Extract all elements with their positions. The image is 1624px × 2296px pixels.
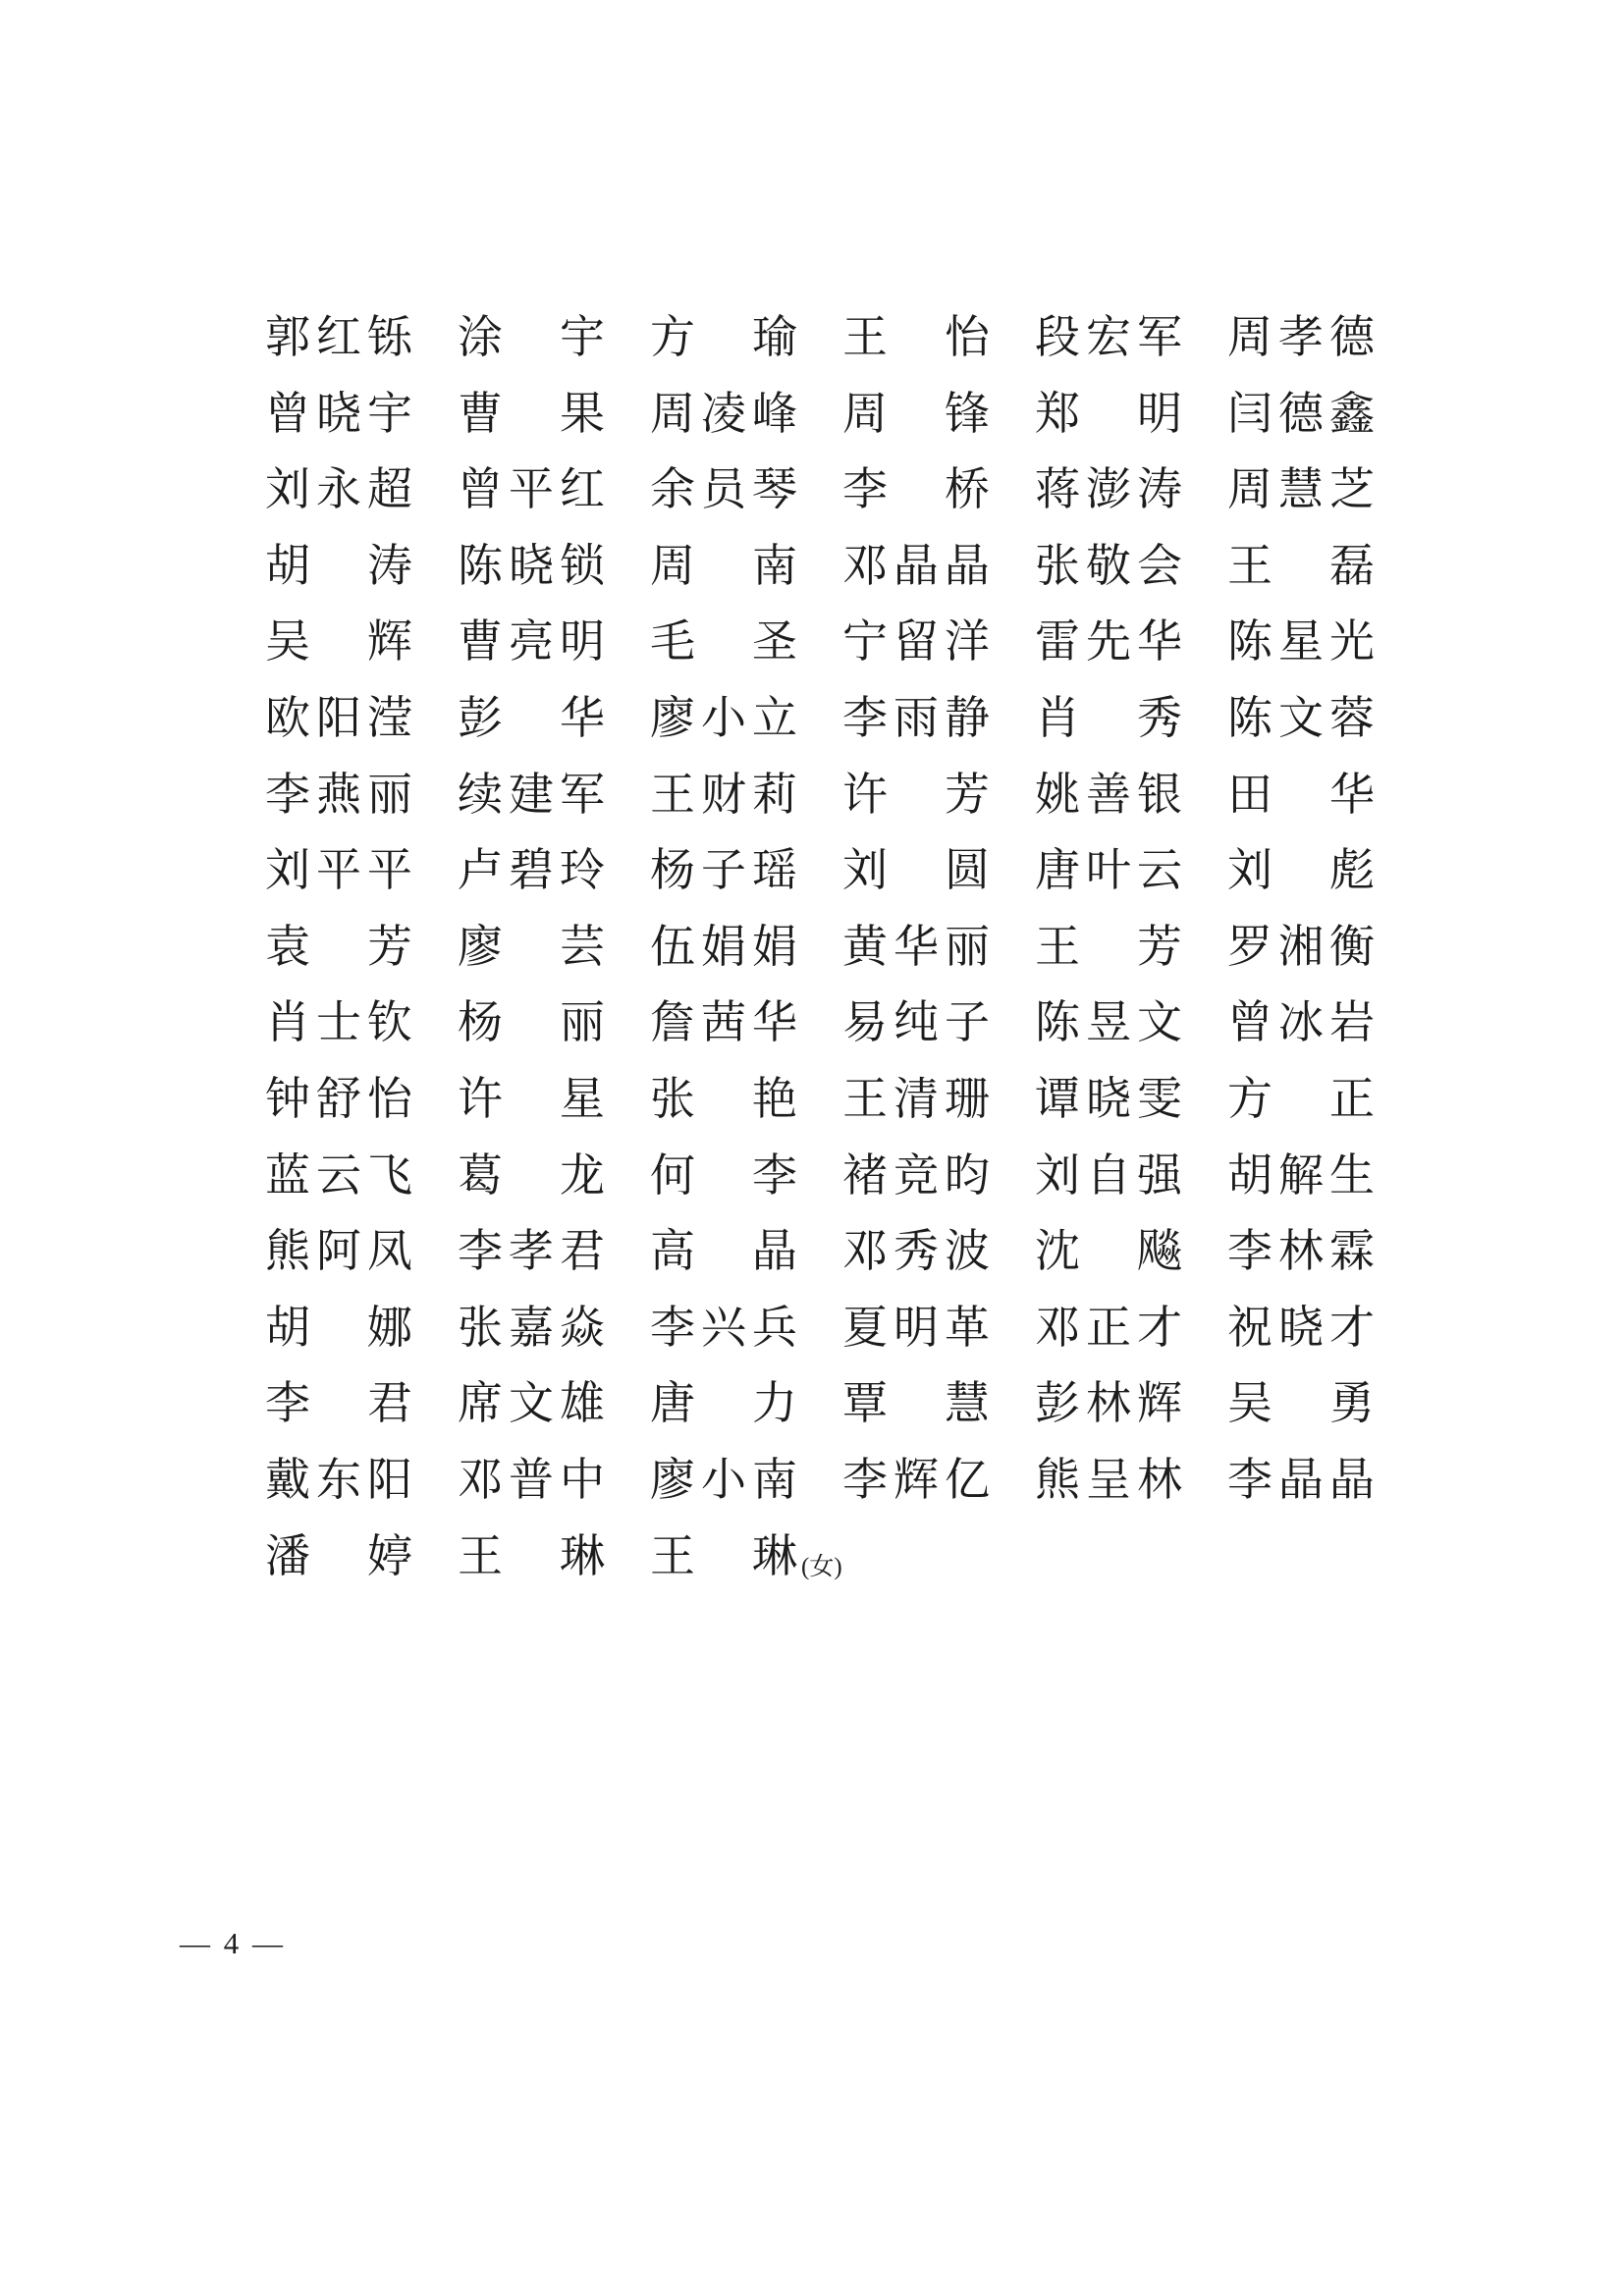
- name-cell: 李孝君: [458, 1226, 605, 1277]
- page-number-footer: — 4 —: [180, 1926, 286, 1961]
- name-row: 胡涛陈晓锁周南邓晶晶张敬会王磊: [265, 541, 1375, 617]
- name-cell: 李辉亿: [842, 1455, 990, 1506]
- name-cell: 廖小南: [650, 1455, 797, 1506]
- name-cell: 刘平平: [265, 845, 412, 896]
- gender-annotation: (女): [801, 1555, 842, 1579]
- name-cell: 覃慧: [842, 1378, 990, 1429]
- name-cell: 雷先华: [1035, 616, 1182, 667]
- name-row: 刘平平卢碧玲杨子瑶刘圆唐叶云刘彪: [265, 845, 1375, 922]
- name-cell: 王怡: [842, 312, 990, 363]
- name-row: 钟舒怡许星张艳王清珊谭晓雯方正: [265, 1074, 1375, 1150]
- name-cell: 王财莉: [650, 770, 797, 821]
- name-row: 戴东阳邓普中廖小南李辉亿熊呈林李晶晶: [265, 1455, 1375, 1531]
- name-cell: 王琳: [650, 1531, 797, 1582]
- name-cell: 唐叶云: [1035, 845, 1182, 896]
- name-row: 袁芳廖芸伍娟娟黄华丽王芳罗湘衡: [265, 922, 1375, 998]
- name-cell: 廖小立: [650, 693, 797, 744]
- name-cell: 钟舒怡: [265, 1074, 412, 1125]
- name-cell: 王芳: [1035, 922, 1182, 973]
- name-cell: 邓晶晶: [842, 541, 990, 592]
- name-cell: 吴辉: [265, 616, 412, 667]
- name-cell: 曾平红: [458, 464, 605, 515]
- name-cell: 周锋: [842, 389, 990, 440]
- name-row: 吴辉曹亮明毛圣宁留洋雷先华陈星光: [265, 616, 1375, 693]
- name-cell: 罗湘衡: [1227, 922, 1375, 973]
- name-row: 潘婷王琳王琳(女): [265, 1531, 1375, 1608]
- name-cell: 陈昱文: [1035, 997, 1182, 1048]
- name-cell: 毛圣: [650, 616, 797, 667]
- name-cell: 张艳: [650, 1074, 797, 1125]
- name-cell: 田华: [1227, 770, 1375, 821]
- name-cell: 曾冰岩: [1227, 997, 1375, 1048]
- name-row: 李燕丽续建军王财莉许芳姚善银田华: [265, 770, 1375, 846]
- name-cell: 李兴兵: [650, 1303, 797, 1354]
- name-cell: 刘圆: [842, 845, 990, 896]
- name-cell: 何李: [650, 1150, 797, 1201]
- name-cell: 宁留洋: [842, 616, 990, 667]
- name-cell: 邓普中: [458, 1455, 605, 1506]
- name-cell: 许芳: [842, 770, 990, 821]
- name-cell: 杨丽: [458, 997, 605, 1048]
- name-cell: 周南: [650, 541, 797, 592]
- name-cell: 熊呈林: [1035, 1455, 1182, 1506]
- name-cell: 袁芳: [265, 922, 412, 973]
- name-cell: 伍娟娟: [650, 922, 797, 973]
- name-cell: 黄华丽: [842, 922, 990, 973]
- name-cell: 彭林辉: [1035, 1378, 1182, 1429]
- name-cell: 易纯子: [842, 997, 990, 1048]
- name-cell: 王清珊: [842, 1074, 990, 1125]
- name-cell: 蒋澎涛: [1035, 464, 1182, 515]
- name-cell: 葛龙: [458, 1150, 605, 1201]
- name-row: 蓝云飞葛龙何李褚竞昀刘自强胡解生: [265, 1150, 1375, 1227]
- name-cell: 李林霖: [1227, 1226, 1375, 1277]
- name-cell: 戴东阳: [265, 1455, 412, 1506]
- name-cell: 沈飚: [1035, 1226, 1182, 1277]
- name-cell: 杨子瑶: [650, 845, 797, 896]
- name-row: 刘永超曾平红余员琴李桥蒋澎涛周慧芝: [265, 464, 1375, 541]
- name-cell: 祝晓才: [1227, 1303, 1375, 1354]
- name-cell: 王琳: [458, 1531, 605, 1582]
- name-cell: 胡娜: [265, 1303, 412, 1354]
- names-list: 郭红铄涂宇方瑜王怡段宏军周孝德曾晓宇曹果周凌峰周锋郑明闫德鑫刘永超曾平红余员琴李…: [265, 312, 1375, 1607]
- name-cell: 胡涛: [265, 541, 412, 592]
- name-row: 欧阳滢彭华廖小立李雨静肖秀陈文蓉: [265, 693, 1375, 770]
- name-cell: 蓝云飞: [265, 1150, 412, 1201]
- name-cell: 刘彪: [1227, 845, 1375, 896]
- name-row: 熊阿凤李孝君高晶邓秀波沈飚李林霖: [265, 1226, 1375, 1303]
- name-cell: 彭华: [458, 693, 605, 744]
- name-cell: 詹茜华: [650, 997, 797, 1048]
- name-cell: 李桥: [842, 464, 990, 515]
- name-cell: 陈文蓉: [1227, 693, 1375, 744]
- name-cell: 夏明革: [842, 1303, 990, 1354]
- name-cell: 许星: [458, 1074, 605, 1125]
- name-cell: 肖士钦: [265, 997, 412, 1048]
- name-cell: 曹果: [458, 389, 605, 440]
- name-cell: 潘婷: [265, 1531, 412, 1582]
- name-cell: 肖秀: [1035, 693, 1182, 744]
- name-cell: 周慧芝: [1227, 464, 1375, 515]
- name-cell: 邓秀波: [842, 1226, 990, 1277]
- name-cell: 周凌峰: [650, 389, 797, 440]
- name-cell: 王磊: [1227, 541, 1375, 592]
- name-cell: 李君: [265, 1378, 412, 1429]
- name-cell: 吴勇: [1227, 1378, 1375, 1429]
- name-cell: 涂宇: [458, 312, 605, 363]
- name-cell: 李雨静: [842, 693, 990, 744]
- name-row: 胡娜张嘉焱李兴兵夏明革邓正才祝晓才: [265, 1303, 1375, 1379]
- name-row: 曾晓宇曹果周凌峰周锋郑明闫德鑫: [265, 389, 1375, 465]
- document-page: 郭红铄涂宇方瑜王怡段宏军周孝德曾晓宇曹果周凌峰周锋郑明闫德鑫刘永超曾平红余员琴李…: [0, 0, 1624, 2296]
- name-row: 郭红铄涂宇方瑜王怡段宏军周孝德: [265, 312, 1375, 389]
- name-cell: 段宏军: [1035, 312, 1182, 363]
- name-cell: 方瑜: [650, 312, 797, 363]
- name-cell: 张嘉焱: [458, 1303, 605, 1354]
- name-cell: 余员琴: [650, 464, 797, 515]
- name-cell: 周孝德: [1227, 312, 1375, 363]
- name-cell: 张敬会: [1035, 541, 1182, 592]
- name-cell: 席文雄: [458, 1378, 605, 1429]
- name-row: 肖士钦杨丽詹茜华易纯子陈昱文曾冰岩: [265, 997, 1375, 1074]
- name-cell: 欧阳滢: [265, 693, 412, 744]
- name-cell: 高晶: [650, 1226, 797, 1277]
- name-row: 李君席文雄唐力覃慧彭林辉吴勇: [265, 1378, 1375, 1455]
- name-cell: 褚竞昀: [842, 1150, 990, 1201]
- name-cell: 刘自强: [1035, 1150, 1182, 1201]
- name-cell: 陈星光: [1227, 616, 1375, 667]
- name-cell: 谭晓雯: [1035, 1074, 1182, 1125]
- name-cell: 熊阿凤: [265, 1226, 412, 1277]
- name-cell: 卢碧玲: [458, 845, 605, 896]
- name-cell: 曹亮明: [458, 616, 605, 667]
- name-cell: 陈晓锁: [458, 541, 605, 592]
- name-cell: 廖芸: [458, 922, 605, 973]
- name-cell: 郑明: [1035, 389, 1182, 440]
- name-cell: 续建军: [458, 770, 605, 821]
- name-cell: 闫德鑫: [1227, 389, 1375, 440]
- name-cell: 姚善银: [1035, 770, 1182, 821]
- name-cell: 刘永超: [265, 464, 412, 515]
- name-cell: 李晶晶: [1227, 1455, 1375, 1506]
- name-cell: 胡解生: [1227, 1150, 1375, 1201]
- name-cell: 方正: [1227, 1074, 1375, 1125]
- name-cell: 邓正才: [1035, 1303, 1182, 1354]
- name-cell: 郭红铄: [265, 312, 412, 363]
- name-cell: 李燕丽: [265, 770, 412, 821]
- name-cell: 唐力: [650, 1378, 797, 1429]
- name-cell: 曾晓宇: [265, 389, 412, 440]
